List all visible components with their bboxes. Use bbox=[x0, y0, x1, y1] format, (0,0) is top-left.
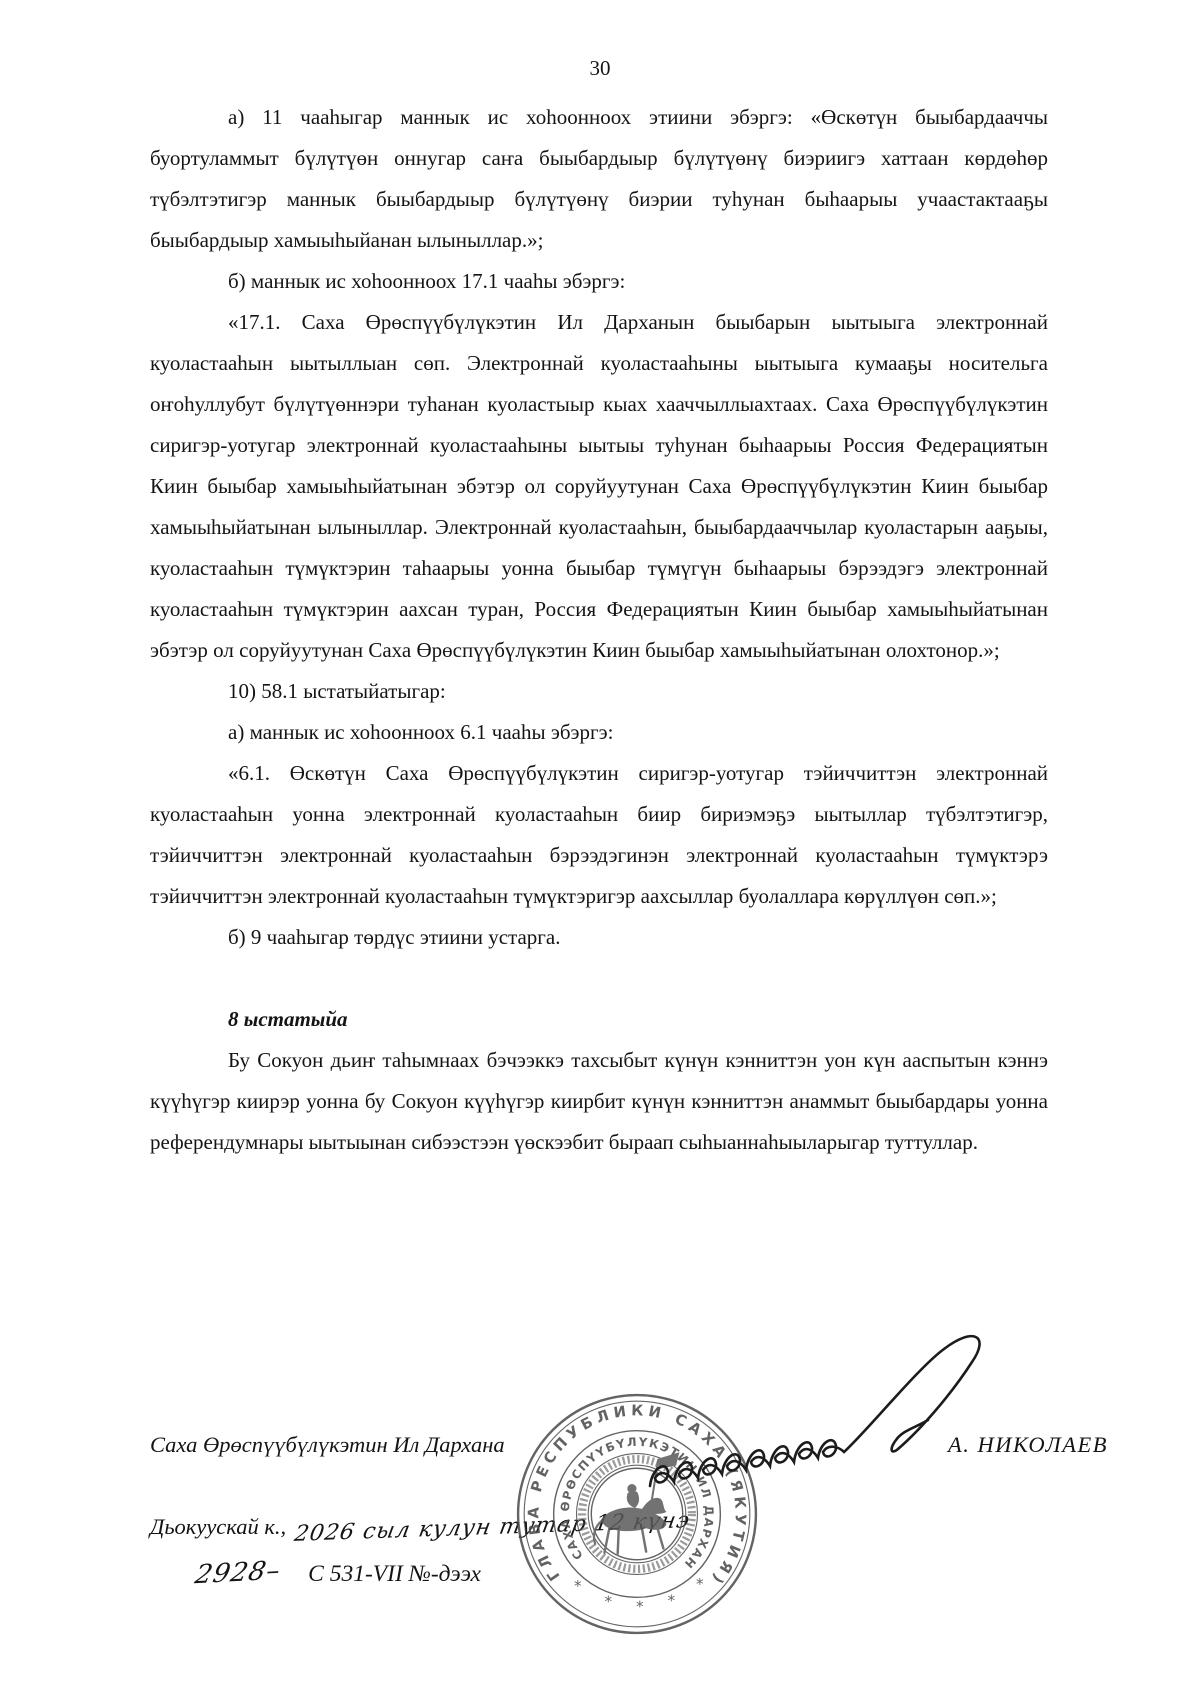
paragraph-clause-6-1-intro: а) маннык ис хоһоонноох 6.1 чааһы эбэргэ… bbox=[150, 712, 1048, 753]
svg-text:*: * bbox=[574, 1577, 582, 1595]
footer-doc-number: 2928–С 531-VII №-дээх bbox=[196, 1558, 481, 1588]
paragraph-article-58-1: 10) 58.1 ыстатыйатыгар: bbox=[150, 671, 1048, 712]
paragraph-amendment-11: а) 11 чааһыгар маннык ис хоһоонноох этии… bbox=[150, 97, 1048, 261]
signer-title: Саха Өрөспүүбүлүкэтин Ил Дархана bbox=[150, 1432, 505, 1458]
document-page: 30 а) 11 чааһыгар маннык ис хоһоонноох э… bbox=[0, 0, 1200, 1697]
article-8-heading: 8 ыстатыйа bbox=[150, 999, 1048, 1040]
paragraph-clause-17-1: «17.1. Саха Өрөспүүбүлүкэтин Ил Дарханын… bbox=[150, 302, 1048, 671]
page-number: 30 bbox=[0, 0, 1200, 81]
law-text-body: а) 11 чааһыгар маннык ис хоһоонноох этии… bbox=[150, 97, 1048, 1163]
svg-text:*: * bbox=[636, 1598, 644, 1616]
paragraph-clause-9: б) 9 чааһыгар төрдүс этиини устарга. bbox=[150, 917, 1048, 958]
handwritten-registration-number: 2928– bbox=[193, 1556, 284, 1590]
place-label: Дьокуускай к., bbox=[150, 1514, 286, 1539]
document-number: С 531-VII №-дээх bbox=[308, 1561, 481, 1587]
svg-text:*: * bbox=[696, 1575, 704, 1593]
svg-text:*: * bbox=[604, 1592, 612, 1610]
svg-text:*: * bbox=[667, 1591, 675, 1609]
paragraph-amendment-17-intro: б) маннык ис хоһоонноох 17.1 чааһы эбэрг… bbox=[150, 261, 1048, 302]
signature-stroke bbox=[630, 1320, 1060, 1505]
seal-bottom-stars: * * * * * bbox=[574, 1575, 704, 1615]
paragraph-entry-into-force: Бу Сокуон дьиҥ таһымнаах бэчээккэ тахсыб… bbox=[150, 1040, 1048, 1163]
paragraph-clause-6-1: «6.1. Өскөтүн Саха Өрөспүүбүлүкэтин сири… bbox=[150, 753, 1048, 917]
